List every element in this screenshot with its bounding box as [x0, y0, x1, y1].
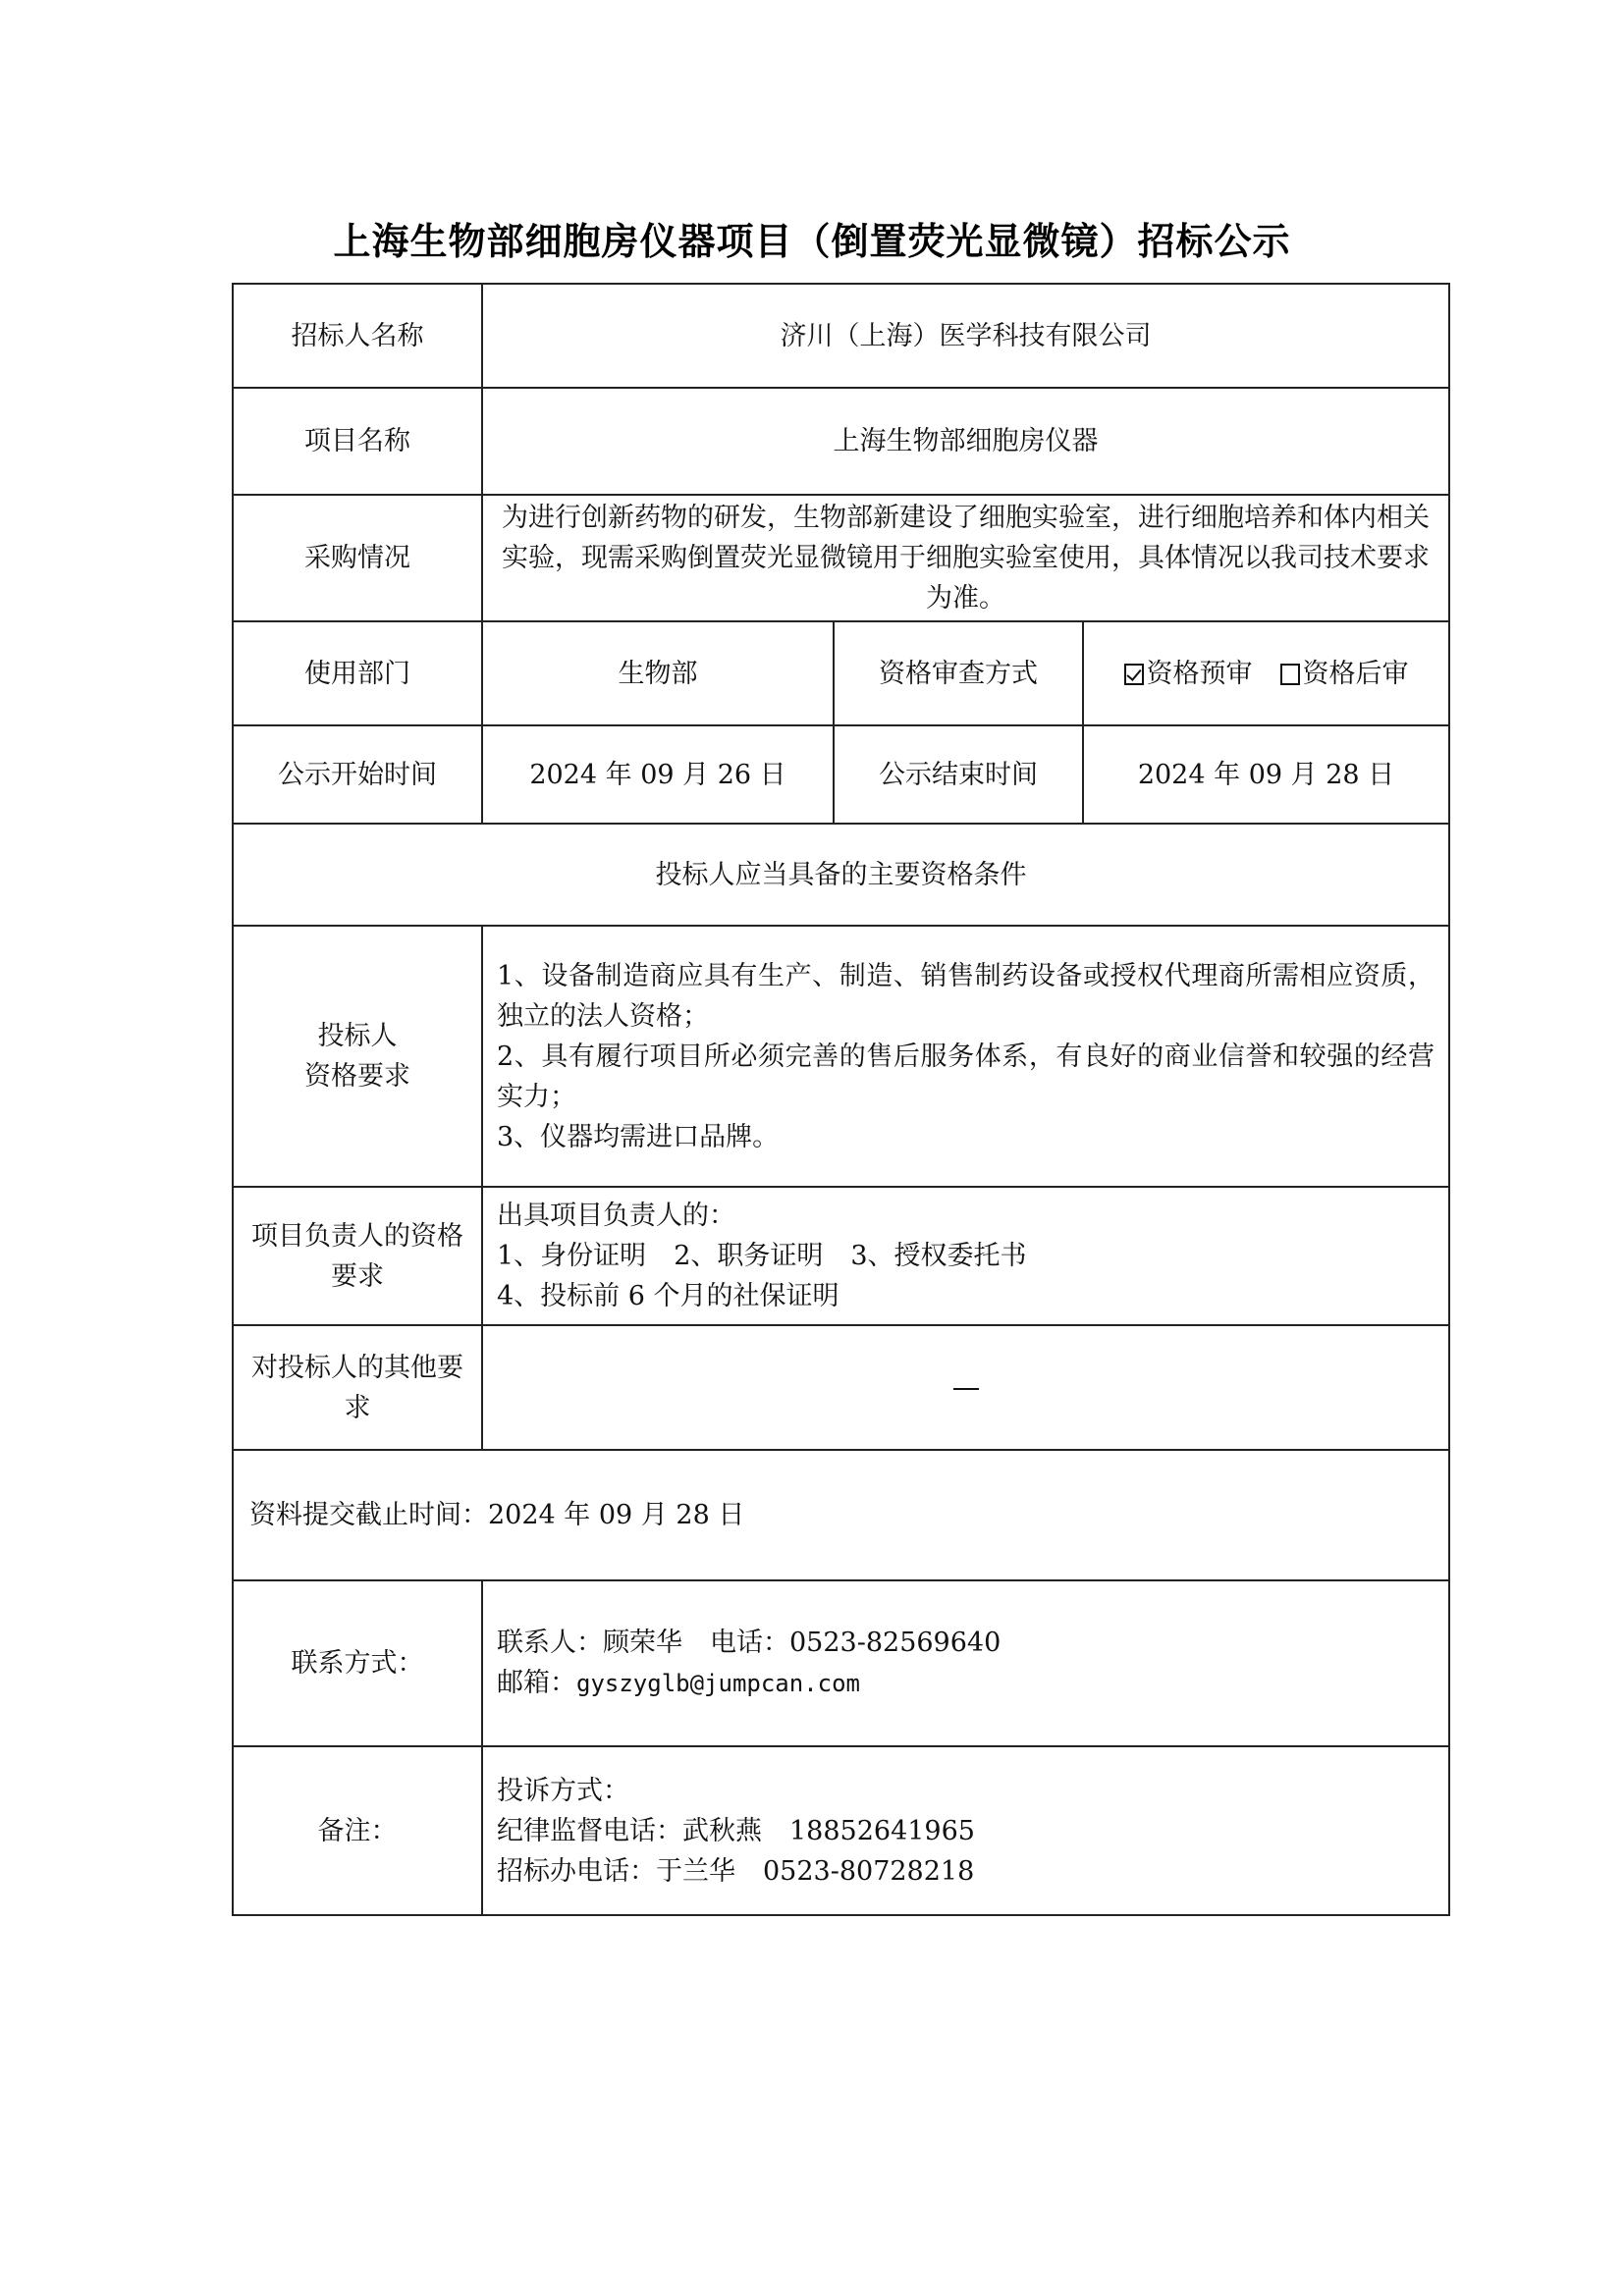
review-method-label: 资格审查方式: [834, 621, 1083, 725]
manager-qualification-content: 出具项目负责人的： 1、身份证明2、职务证明3、授权委托书 4、投标前 6 个月…: [482, 1187, 1449, 1325]
manager-social-security: 4、投标前 6 个月的社保证明: [497, 1276, 1435, 1316]
procurement-value: 为进行创新药物的研发，生物部新建设了细胞实验室，进行细胞培养和体内相关实验，现需…: [482, 495, 1449, 621]
row-other-requirements: 对投标人的其他要求: [233, 1325, 1449, 1450]
submission-deadline: 资料提交截止时间：2024 年 09 月 28 日: [233, 1450, 1449, 1580]
bidder-qualification-label-line2: 资格要求: [247, 1056, 467, 1096]
contact-email[interactable]: gyszyglb@jumpcan.com: [576, 1670, 860, 1697]
manager-intro: 出具项目负责人的：: [497, 1196, 1435, 1236]
row-tenderer: 招标人名称 济川（上海）医学科技有限公司: [233, 284, 1449, 388]
option-pre-review-label: 资格预审: [1147, 659, 1253, 689]
row-project: 项目名称 上海生物部细胞房仪器: [233, 388, 1449, 495]
manager-qualification-label: 项目负责人的资格要求: [233, 1187, 482, 1325]
office-line: 招标办电话：于兰华0523-80728218: [497, 1851, 1435, 1892]
office-label: 招标办电话：: [497, 1856, 656, 1887]
manager-doc-item: 2、职务证明: [674, 1241, 823, 1271]
office-phone: 0523-80728218: [763, 1856, 974, 1887]
review-method-options: 资格预审资格后审: [1083, 621, 1449, 725]
bidder-qualification-label-line1: 投标人: [247, 1016, 467, 1056]
dash-placeholder: [953, 1388, 979, 1390]
department-label: 使用部门: [233, 621, 482, 725]
publicity-end-label: 公示结束时间: [834, 725, 1083, 824]
other-requirements-label: 对投标人的其他要求: [233, 1325, 482, 1450]
option-post-review[interactable]: 资格后审: [1280, 659, 1409, 689]
other-requirements-value: [482, 1325, 1449, 1450]
option-post-review-label: 资格后审: [1303, 659, 1409, 689]
document-title: 上海生物部细胞房仪器项目（倒置荧光显微镜）招标公示: [0, 211, 1624, 265]
complaint-label: 投诉方式：: [497, 1771, 1435, 1811]
row-section-header: 投标人应当具备的主要资格条件: [233, 824, 1449, 926]
row-department: 使用部门 生物部 资格审查方式 资格预审资格后审: [233, 621, 1449, 725]
office-person: 于兰华: [656, 1856, 735, 1887]
project-label: 项目名称: [233, 388, 482, 495]
bidder-qualification-item: 3、仪器均需进口品牌。: [497, 1117, 1435, 1157]
discipline-phone: 18852641965: [789, 1816, 975, 1846]
checkbox-checked-icon[interactable]: [1124, 664, 1144, 685]
manager-doc-item: 1、身份证明: [497, 1241, 646, 1271]
project-value: 上海生物部细胞房仪器: [482, 388, 1449, 495]
tender-notice-table: 招标人名称 济川（上海）医学科技有限公司 项目名称 上海生物部细胞房仪器 采购情…: [232, 283, 1450, 1916]
contact-content: 联系人：顾荣华电话：0523-82569640 邮箱：gyszyglb@jump…: [482, 1580, 1449, 1746]
contact-person-label: 联系人：: [497, 1628, 603, 1658]
row-bidder-qualification: 投标人 资格要求 1、设备制造商应具有生产、制造、销售制药设备或授权代理商所需相…: [233, 926, 1449, 1187]
discipline-line: 纪律监督电话：武秋燕18852641965: [497, 1811, 1435, 1851]
contact-phone-label: 电话：: [710, 1628, 789, 1658]
publicity-start-label: 公示开始时间: [233, 725, 482, 824]
remarks-content: 投诉方式： 纪律监督电话：武秋燕18852641965 招标办电话：于兰华052…: [482, 1746, 1449, 1915]
bidder-qualification-item: 2、具有履行项目所必须完善的售后服务体系，有良好的商业信誉和较强的经营实力；: [497, 1037, 1435, 1117]
section-header: 投标人应当具备的主要资格条件: [233, 824, 1449, 926]
discipline-label: 纪律监督电话：: [497, 1816, 682, 1846]
contact-person-line: 联系人：顾荣华电话：0523-82569640: [497, 1623, 1435, 1663]
checkbox-unchecked-icon[interactable]: [1280, 664, 1300, 685]
contact-email-line: 邮箱：gyszyglb@jumpcan.com: [497, 1663, 1435, 1704]
bidder-qualification-label: 投标人 资格要求: [233, 926, 482, 1187]
discipline-person: 武秋燕: [682, 1816, 762, 1846]
bidder-qualification-item: 1、设备制造商应具有生产、制造、销售制药设备或授权代理商所需相应资质，独立的法人…: [497, 956, 1435, 1037]
contact-phone: 0523-82569640: [789, 1628, 1001, 1658]
row-deadline: 资料提交截止时间：2024 年 09 月 28 日: [233, 1450, 1449, 1580]
publicity-start-value: 2024 年 09 月 26 日: [482, 725, 834, 824]
row-publicity: 公示开始时间 2024 年 09 月 26 日 公示结束时间 2024 年 09…: [233, 725, 1449, 824]
tenderer-value: 济川（上海）医学科技有限公司: [482, 284, 1449, 388]
procurement-label: 采购情况: [233, 495, 482, 621]
row-manager-qualification: 项目负责人的资格要求 出具项目负责人的： 1、身份证明2、职务证明3、授权委托书…: [233, 1187, 1449, 1325]
contact-label: 联系方式：: [233, 1580, 482, 1746]
bidder-qualification-list: 1、设备制造商应具有生产、制造、销售制药设备或授权代理商所需相应资质，独立的法人…: [482, 926, 1449, 1187]
contact-person: 顾荣华: [603, 1628, 682, 1658]
option-pre-review[interactable]: 资格预审: [1124, 659, 1253, 689]
publicity-end-value: 2024 年 09 月 28 日: [1083, 725, 1449, 824]
row-remarks: 备注： 投诉方式： 纪律监督电话：武秋燕18852641965 招标办电话：于兰…: [233, 1746, 1449, 1915]
contact-email-label: 邮箱：: [497, 1668, 576, 1698]
manager-doc-item: 3、授权委托书: [850, 1241, 1026, 1271]
remarks-label: 备注：: [233, 1746, 482, 1915]
manager-documents-line: 1、身份证明2、职务证明3、授权委托书: [497, 1236, 1435, 1276]
row-procurement: 采购情况 为进行创新药物的研发，生物部新建设了细胞实验室，进行细胞培养和体内相关…: [233, 495, 1449, 621]
row-contact: 联系方式： 联系人：顾荣华电话：0523-82569640 邮箱：gyszygl…: [233, 1580, 1449, 1746]
tenderer-label: 招标人名称: [233, 284, 482, 388]
department-value: 生物部: [482, 621, 834, 725]
